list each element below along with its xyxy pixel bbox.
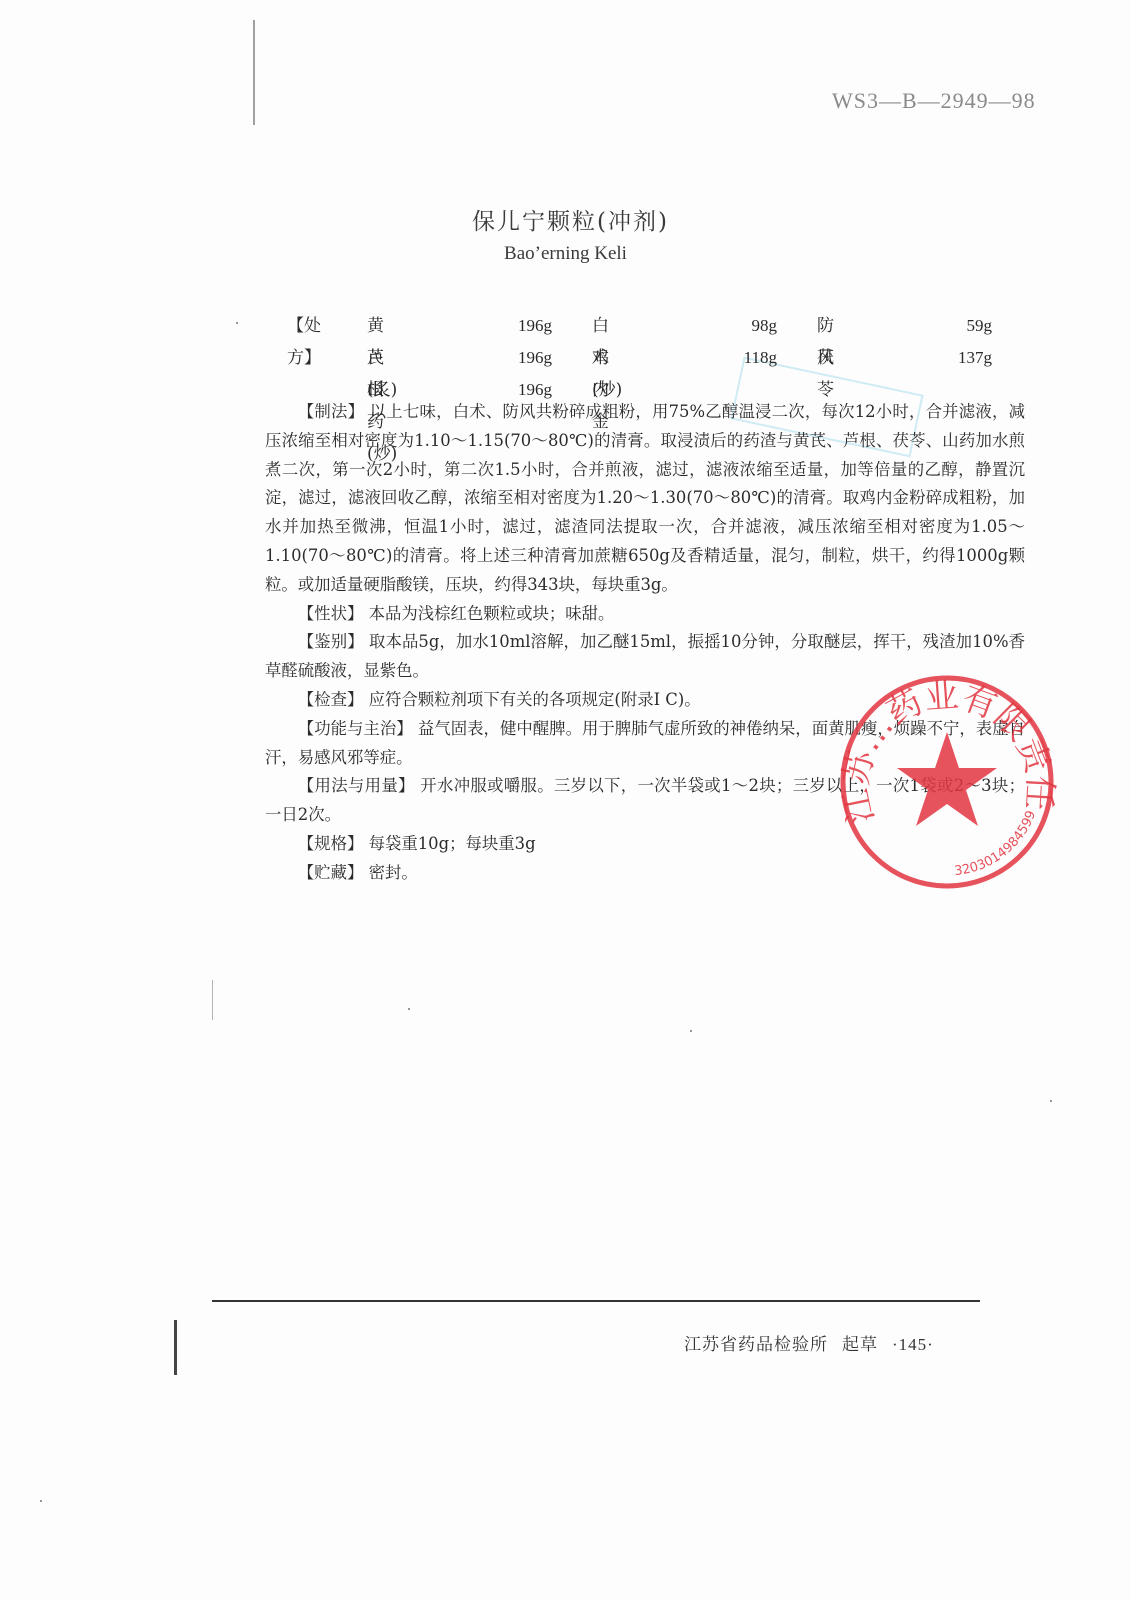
section-label: 【贮藏】 bbox=[298, 863, 364, 882]
page-number: ·145· bbox=[892, 1335, 934, 1354]
ingredient-amount: 98g bbox=[727, 310, 777, 342]
footer-rule bbox=[212, 1300, 980, 1302]
seal-number: 3203014984599 bbox=[954, 809, 1040, 879]
section-label: 【性状】 bbox=[298, 604, 364, 623]
scan-dot bbox=[40, 1500, 42, 1502]
section-text: 每袋重10g；每块重3g bbox=[369, 834, 536, 853]
title-english: Bao’erning Keli bbox=[0, 243, 1131, 265]
ingredient-name: 茯苓 bbox=[817, 342, 834, 406]
scan-dot bbox=[690, 1030, 692, 1032]
footer-institution: 江苏省药品检验所 bbox=[684, 1335, 828, 1355]
section-label: 【检查】 bbox=[298, 690, 364, 709]
section-label: 【功能与主治】 bbox=[298, 719, 413, 738]
scan-edge-mark bbox=[253, 20, 255, 125]
scan-dot bbox=[408, 1008, 410, 1010]
prescription-label: 【处方】 bbox=[287, 310, 321, 374]
section-text: 密封。 bbox=[369, 863, 418, 882]
ingredient-amount: 118g bbox=[727, 342, 777, 374]
section-description: 【性状】 本品为浅棕红色颗粒或块；味甜。 bbox=[265, 600, 1025, 629]
section-text: 本品为浅棕红色颗粒或块；味甜。 bbox=[369, 604, 615, 623]
title-chinese: 保儿宁颗粒(冲剂) bbox=[0, 203, 1131, 236]
company-seal-stamp: 江苏…药业有限责任公司 3203014984599 bbox=[835, 670, 1060, 895]
scan-dot bbox=[1050, 1100, 1052, 1102]
footer-role: 起草 bbox=[842, 1335, 878, 1355]
section-label: 【鉴别】 bbox=[298, 632, 364, 651]
standard-code: WS3—B—2949—98 bbox=[832, 88, 1036, 114]
scan-edge-mark bbox=[174, 1320, 177, 1375]
section-text: 应符合颗粒剂项下有关的各项规定(附录Ⅰ C)。 bbox=[369, 690, 701, 709]
svg-text:3203014984599: 3203014984599 bbox=[954, 809, 1040, 879]
section-preparation: 【制法】 以上七味，白术、防风共粉碎成粗粉，用75%乙醇温浸二次，每次12小时，… bbox=[265, 398, 1025, 600]
section-label: 【制法】 bbox=[298, 402, 364, 421]
section-label: 【用法与用量】 bbox=[298, 776, 415, 795]
scan-edge-mark bbox=[212, 980, 213, 1020]
ingredient-amount: 59g bbox=[942, 310, 992, 342]
footer: 江苏省药品检验所起草·145· bbox=[684, 1330, 934, 1355]
section-text: 以上七味，白术、防风共粉碎成粗粉，用75%乙醇温浸二次，每次12小时，合并滤液，… bbox=[265, 402, 1025, 594]
scan-dot bbox=[236, 322, 238, 324]
document-page: WS3—B—2949—98 保儿宁颗粒(冲剂) Bao’erning Keli … bbox=[0, 0, 1131, 1600]
ingredient-amount: 196g bbox=[502, 342, 552, 374]
section-label: 【规格】 bbox=[298, 834, 364, 853]
ingredient-amount: 196g bbox=[502, 310, 552, 342]
ingredient-amount: 137g bbox=[942, 342, 992, 374]
